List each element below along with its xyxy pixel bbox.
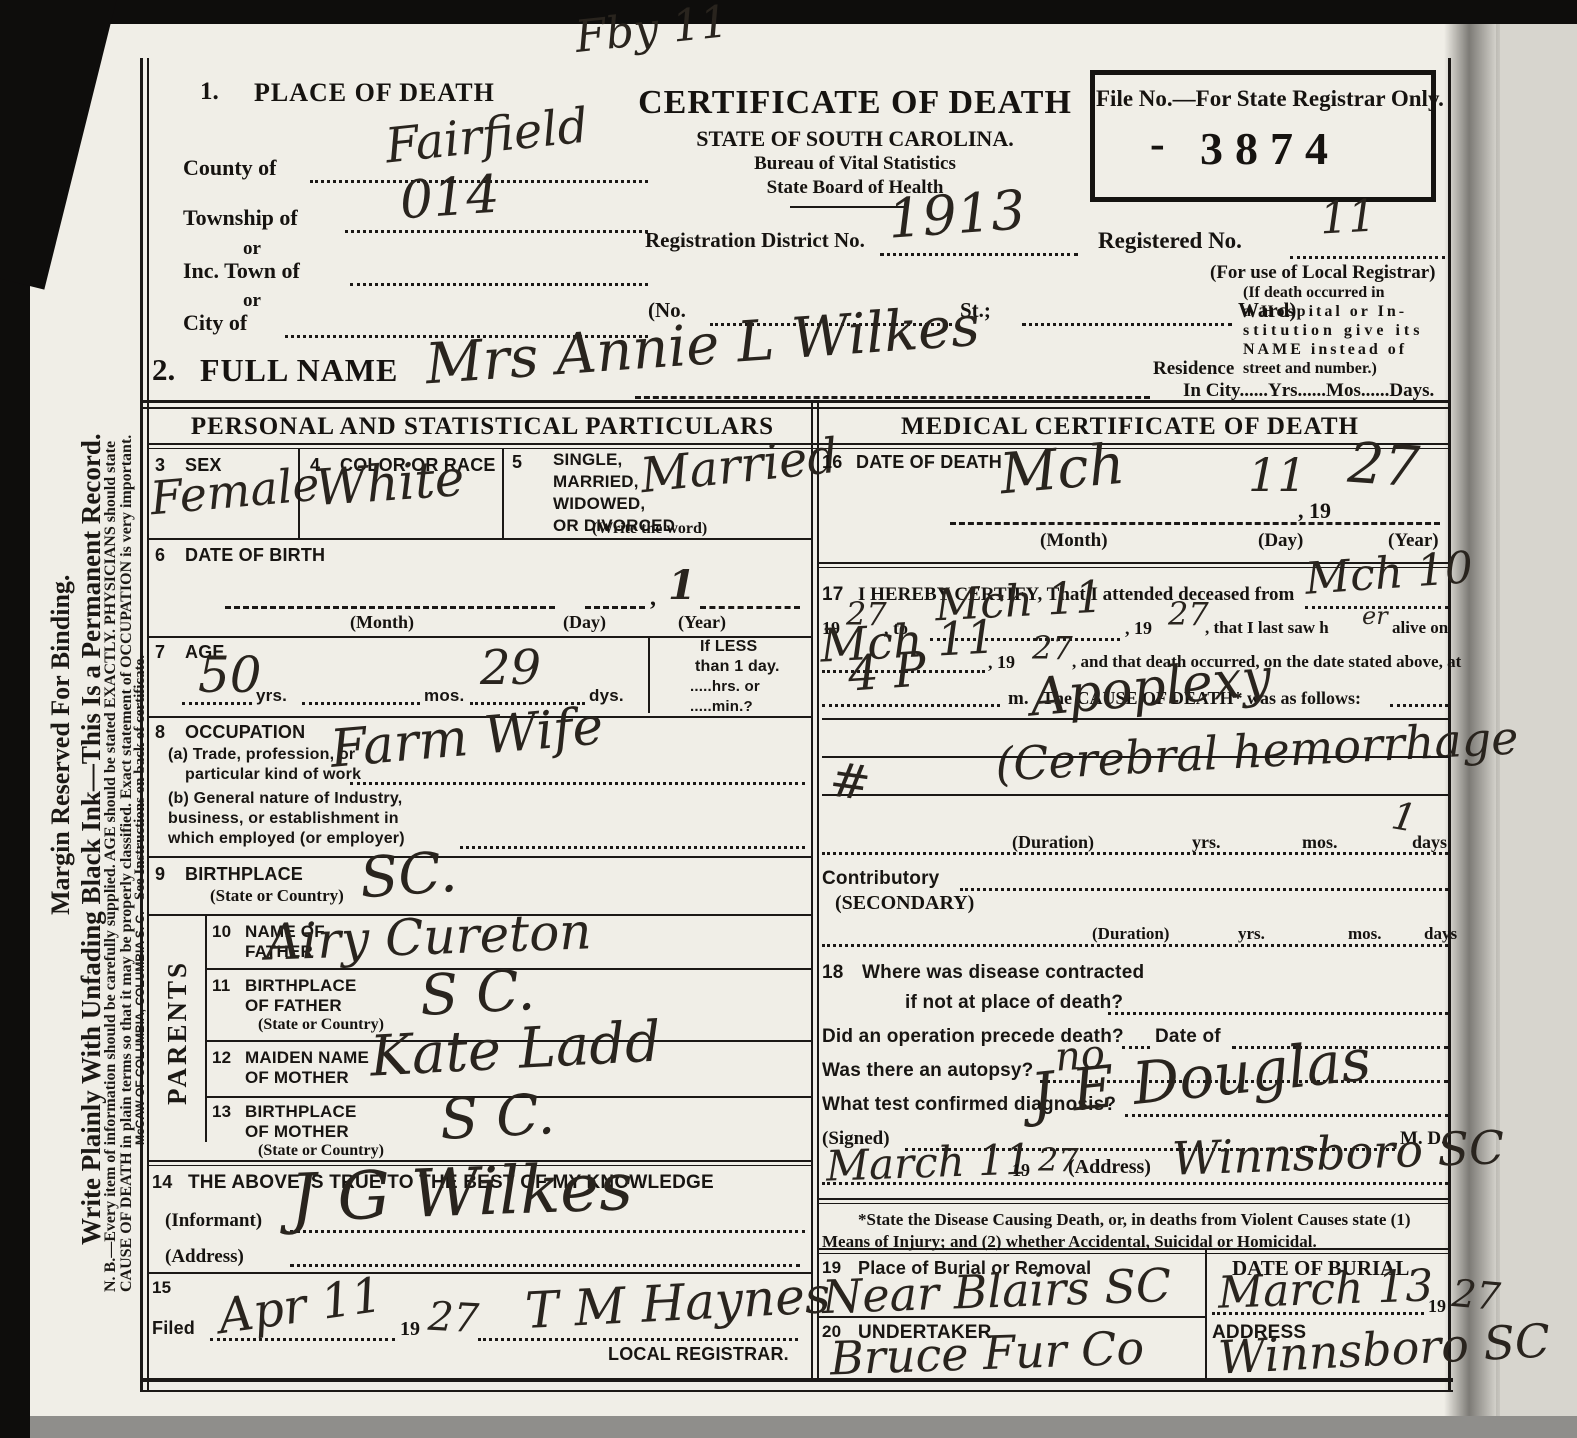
dob-number: 6 <box>155 545 165 566</box>
signed-address-label: (Address) <box>1068 1156 1151 1179</box>
residence-label: Residence <box>1153 358 1234 380</box>
mother-value: Kate Ladd <box>369 1014 662 1085</box>
marital-line3: WIDOWED, <box>553 494 645 514</box>
item2-number: 2. <box>152 352 175 388</box>
duration1-blank <box>822 852 1448 855</box>
q18-number: 18 <box>822 962 844 984</box>
burial-date-value: March 13 <box>1217 1264 1434 1315</box>
full-name-blank <box>635 396 1150 399</box>
or-label-2: or <box>243 290 261 312</box>
cause-rule-3 <box>822 794 1448 796</box>
or-label-1: or <box>243 238 261 260</box>
knowledge-number: 14 <box>152 1172 172 1193</box>
dob-label: DATE OF BIRTH <box>185 545 325 566</box>
inc-town-blank-line <box>350 283 648 286</box>
certify-l4-blank <box>822 704 1000 707</box>
dob-month-blank <box>225 606 555 609</box>
father-value: Airy Cureton <box>264 906 592 967</box>
township-blank-line <box>345 230 648 233</box>
footnote-top-rule-a <box>819 1198 1448 1200</box>
row345-bottom-rule <box>147 538 811 540</box>
medical-section-title: MEDICAL CERTIFICATE OF DEATH <box>830 413 1430 441</box>
age-subcell-divider <box>648 636 650 713</box>
form-left-border-inner <box>147 58 149 1390</box>
informant-address-blank <box>290 1264 800 1267</box>
dob-year-value: 1 <box>668 566 696 606</box>
father-birthplace-label2: OF FATHER <box>245 996 342 1016</box>
filed-number: 15 <box>152 1278 171 1298</box>
mother-birthplace-label1: BIRTHPLACE <box>245 1102 357 1122</box>
header-bottom-rule-inner <box>140 407 1451 409</box>
date-of-death-year: 27 <box>1346 436 1421 497</box>
occupation-number: 8 <box>155 722 165 743</box>
form-bottom-border-inner <box>140 1390 1453 1392</box>
informant-value: J G Wilkes <box>289 1154 634 1232</box>
sex-race-divider <box>298 448 300 538</box>
hospital-note-line1: (If death occurred in <box>1243 284 1384 302</box>
mother-label-line1: MAIDEN NAME <box>245 1048 369 1068</box>
street-name-blank <box>1022 323 1232 326</box>
marital-hint: (Write the word) <box>592 520 707 538</box>
age-months-blank <box>302 702 420 705</box>
certify-l3-yy: 27 <box>1032 632 1073 664</box>
place-of-death-title: PLACE OF DEATH <box>254 78 495 108</box>
duration2-days: days <box>1424 924 1457 944</box>
filed-year-prefix: 19 <box>400 1318 420 1341</box>
dob-comma: , <box>650 585 656 612</box>
birthplace-number: 9 <box>155 864 165 885</box>
informant-label: (Informant) <box>165 1210 262 1232</box>
date-of-death-year-prefix: , 19 <box>1298 498 1331 524</box>
hash-mark: # <box>827 755 874 808</box>
item1-number: 1. <box>200 78 219 106</box>
marital-line1: SINGLE, <box>553 450 622 470</box>
age-less-line1: If LESS <box>700 638 757 656</box>
age-months-label: mos. <box>424 686 464 706</box>
informant-address-label: (Address) <box>165 1246 244 1268</box>
father-number: 10 <box>212 922 231 942</box>
dod-month-caption: (Month) <box>1040 530 1108 552</box>
race-value: White <box>313 453 465 513</box>
hospital-note-line3: stitution give its <box>1243 322 1423 340</box>
duration2-label: (Duration) <box>1092 924 1169 944</box>
dod-day-caption: (Day) <box>1258 530 1303 552</box>
occupation-a-blank <box>350 782 805 785</box>
burial-top-rule-a <box>819 1248 1448 1250</box>
burial-row-divider <box>819 1316 1207 1318</box>
footnote-line1: *State the Disease Causing Death, or, in… <box>858 1210 1410 1230</box>
hospital-note-line5: street and number.) <box>1243 360 1377 378</box>
burial-top-rule-b <box>819 1253 1448 1254</box>
contributory-blank <box>960 888 1448 891</box>
certify-l2-19b: , 19 <box>1125 618 1152 639</box>
burial-place-value: Near Blairs SC <box>821 1262 1171 1320</box>
birthplace-hint: (State or Country) <box>210 886 344 906</box>
certify-l4-value: 4 P <box>846 645 927 698</box>
occupation-bottom-rule <box>147 856 811 858</box>
county-label: County of <box>183 155 277 181</box>
q18-line1: Where was disease contracted <box>862 962 1144 984</box>
age-less-line4: .....min.? <box>690 698 753 715</box>
mother-number: 12 <box>212 1048 231 1068</box>
date-of-death-blank <box>950 522 1440 525</box>
father-birthplace-label1: BIRTHPLACE <box>245 976 357 996</box>
secondary-label: (SECONDARY) <box>835 892 974 915</box>
hospital-note-line2: a Hospital or In- <box>1243 303 1407 321</box>
residence-line: In City......Yrs......Mos......Days. <box>1183 380 1434 402</box>
dob-year-blank <box>700 606 800 609</box>
state-subtitle: STATE OF SOUTH CAROLINA. <box>630 126 1080 152</box>
header-bottom-rule-outer <box>140 400 1451 403</box>
duration2-yrs: yrs. <box>1238 924 1265 944</box>
contributory-label: Contributory <box>822 868 939 890</box>
margin-binding-note: Margin Reserved For Binding. <box>46 575 76 915</box>
dob-month-caption: (Month) <box>350 612 414 633</box>
duration2-mos: mos. <box>1348 924 1382 944</box>
dob-day-caption: (Day) <box>563 612 606 633</box>
parents-label: PARENTS <box>162 960 193 1105</box>
physician-address-value: Winnsboro SC <box>1171 1124 1505 1182</box>
burial-year-value: 27 <box>1450 1274 1501 1316</box>
certify-from-value: Mch 10 <box>1304 546 1475 602</box>
dob-year-caption: (Year) <box>678 612 726 633</box>
age-years-blank <box>182 702 252 705</box>
age-years-label: yrs. <box>256 686 287 706</box>
form-left-border-outer <box>140 58 143 1390</box>
certify-l2-saw: , that I last saw h <box>1205 618 1329 638</box>
occupation-b-blank <box>460 846 805 849</box>
bureau-subtitle: Bureau of Vital Statistics <box>630 153 1080 175</box>
death-certificate-scan: Margin Reserved For Binding. Write Plain… <box>0 0 1577 1438</box>
registered-no-blank <box>1290 256 1445 259</box>
parents-inner-divider <box>205 914 207 1142</box>
undertaker-value: Bruce Fur Co <box>829 1325 1144 1382</box>
birthplace-label: BIRTHPLACE <box>185 864 303 885</box>
age-less-line2: than 1 day. <box>695 658 780 676</box>
race-marital-divider <box>502 448 504 538</box>
burial-vertical-divider <box>1205 1248 1207 1378</box>
scan-top-band <box>0 0 1577 24</box>
age-days-value: 29 <box>480 644 541 692</box>
certify-l2-yyb: 27 <box>1168 598 1209 630</box>
certify-l4-trailing-blank <box>1390 704 1448 707</box>
registered-no-label: Registered No. <box>1098 228 1242 254</box>
filed-label: Filed <box>152 1318 195 1339</box>
registration-district-label: Registration District No. <box>645 228 865 253</box>
mother-birthplace-label2: OF MOTHER <box>245 1122 349 1142</box>
age-number: 7 <box>155 642 165 663</box>
hospital-note-line4: NAME instead of <box>1243 341 1407 359</box>
local-registrar-use-note: (For use of Local Registrar) <box>1210 262 1435 284</box>
duration1-yrs: yrs. <box>1192 832 1221 853</box>
column-divider-right <box>817 400 819 1382</box>
certify-l2-er: er <box>1362 604 1388 628</box>
personal-section-title: PERSONAL AND STATISTICAL PARTICULARS <box>160 413 805 441</box>
signed-year-prefix: 19 <box>1012 1160 1030 1181</box>
city-label: City of <box>183 310 247 336</box>
occupation-b-line2: business, or establishment in <box>168 810 399 828</box>
duration1-days: days <box>1412 832 1447 853</box>
q18-line2: if not at place of death? <box>905 992 1123 1014</box>
marital-line2: MARRIED, <box>553 472 639 492</box>
certify-l2-alive: alive on <box>1392 618 1448 638</box>
occupation-label: OCCUPATION <box>185 722 305 743</box>
date-of-death-number: 16 <box>822 452 842 473</box>
occupation-a-line1: (a) Trade, profession, or <box>168 746 355 764</box>
father-birthplace-hint: (State or Country) <box>258 1016 384 1034</box>
township-value: 014 <box>398 169 501 228</box>
registrar-signature-value: T M Haynes <box>524 1270 832 1336</box>
q18-blank <box>1108 1012 1448 1015</box>
duration1-mos: mos. <box>1302 832 1338 853</box>
scan-bottom-strip <box>0 1416 1577 1438</box>
burial-year-prefix: 19 <box>1428 1296 1446 1317</box>
registration-district-value: 1913 <box>886 183 1027 246</box>
occupation-b-line1: (b) General nature of Industry, <box>168 790 402 808</box>
registration-district-blank <box>880 253 1078 256</box>
father-birthplace-number: 11 <box>212 976 230 996</box>
registered-no-value: 11 <box>1319 195 1377 242</box>
sex-value: Female <box>148 461 321 522</box>
date-of-death-month: Mch <box>998 437 1127 504</box>
mother-label-line2: OF MOTHER <box>245 1068 349 1088</box>
burial-date-blank <box>1212 1312 1424 1315</box>
township-label: Township of <box>183 205 298 231</box>
duration1-label: (Duration) <box>1012 832 1094 853</box>
mother-birthplace-value: S C. <box>439 1087 557 1149</box>
age-less-line3: .....hrs. or <box>690 678 760 695</box>
dob-day-blank <box>585 606 645 609</box>
date-of-death-label: DATE OF DEATH <box>856 452 1002 473</box>
full-name-label: FULL NAME <box>200 352 398 389</box>
date-of-death-day: 11 <box>1248 452 1307 498</box>
file-box-title: File No.—For State Registrar Only. <box>1096 86 1420 112</box>
duration2-blank <box>822 944 1448 947</box>
inc-town-label: Inc. Town of <box>183 258 300 284</box>
signed-date-blank <box>822 1182 1448 1185</box>
age-years-value: 50 <box>198 650 262 700</box>
file-number-stamp: 3874 <box>1130 122 1410 175</box>
footnote-top-rule-b <box>819 1203 1448 1204</box>
local-registrar-label: LOCAL REGISTRAR. <box>608 1344 789 1365</box>
cause-rule-2 <box>822 756 1448 758</box>
mother-birthplace-number: 13 <box>212 1102 231 1122</box>
certify-number: 17 <box>822 584 844 606</box>
certify-l3-19: , 19 <box>988 652 1015 673</box>
certify-l4-m: m. <box>1008 688 1029 710</box>
autopsy-question: Was there an autopsy? <box>822 1060 1033 1082</box>
signed-date-value: March 11 <box>825 1138 1032 1187</box>
marital-number: 5 <box>512 452 522 473</box>
father-birthplace-value: S C. <box>419 963 537 1025</box>
filed-year-value: 27 <box>427 1297 480 1340</box>
test-blank <box>1125 1114 1448 1117</box>
birthplace-value: SC. <box>358 845 459 908</box>
column-divider-left <box>811 400 813 1382</box>
certificate-title: CERTIFICATE OF DEATH <box>630 84 1080 122</box>
